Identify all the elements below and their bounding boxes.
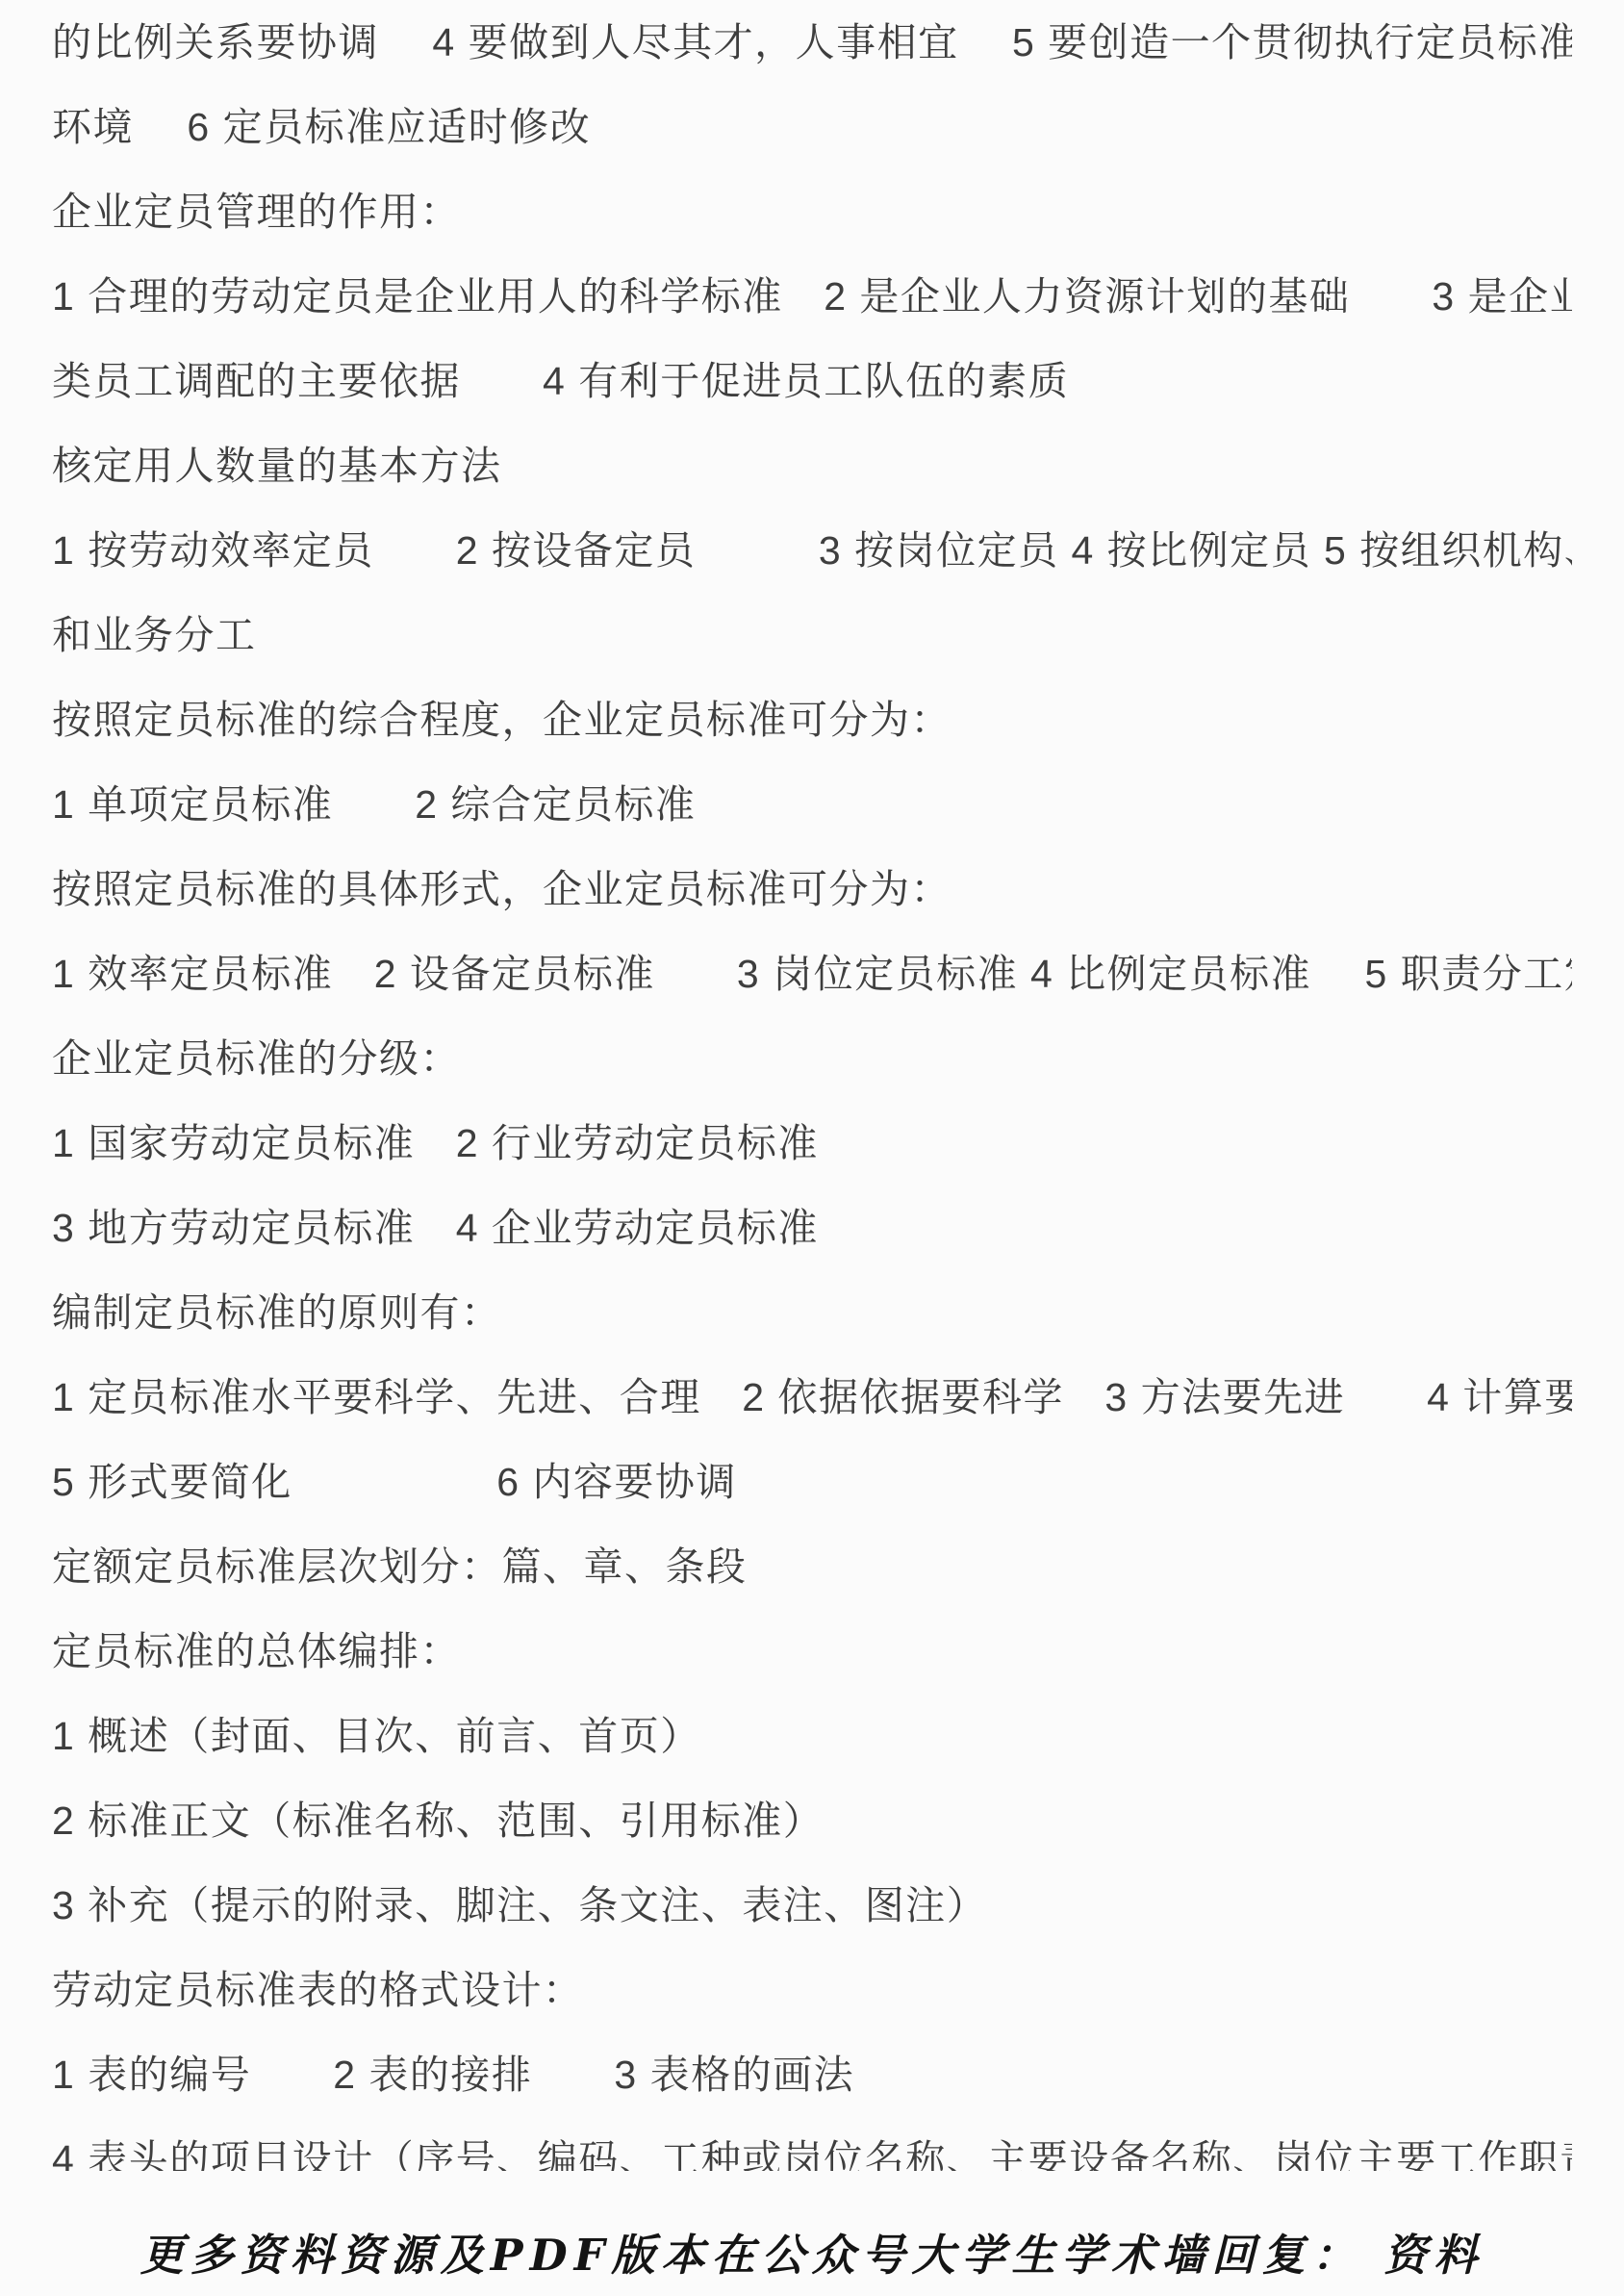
- text-line: 定额定员标准层次划分：篇、章、条段: [52, 1524, 1572, 1609]
- text-line: 1 定员标准水平要科学、先进、合理 2 依据依据要科学 3 方法要先进 4 计算…: [52, 1355, 1572, 1440]
- text-line: 定员标准的总体编排：: [52, 1609, 1572, 1694]
- text-line: 1 合理的劳动定员是企业用人的科学标准 2 是企业人力资源计划的基础 3 是企业…: [52, 254, 1572, 339]
- text-line: 1 国家劳动定员标准 2 行业劳动定员标准: [52, 1101, 1572, 1186]
- text-line: 1 单项定员标准 2 综合定员标准: [52, 762, 1572, 847]
- text-line: 按照定员标准的综合程度，企业定员标准可分为：: [52, 677, 1572, 762]
- text-line: 5 形式要简化 6 内容要协调: [52, 1440, 1572, 1524]
- text-line: 3 补充（提示的附录、脚注、条文注、表注、图注）: [52, 1863, 1572, 1948]
- text-line: 劳动定员标准表的格式设计：: [52, 1948, 1572, 2032]
- text-line: 2 标准正文（标准名称、范围、引用标准）: [52, 1778, 1572, 1863]
- text-line: 和业务分工: [52, 593, 1572, 677]
- document-body: 的比例关系要协调 4 要做到人尽其才，人事相宜 5 要创造一个贯彻执行定员标准的…: [0, 0, 1624, 2171]
- text-line: 1 按劳动效率定员 2 按设备定员 3 按岗位定员 4 按比例定员 5 按组织机…: [52, 508, 1572, 593]
- text-line: 按照定员标准的具体形式，企业定员标准可分为：: [52, 847, 1572, 931]
- text-line: 核定用人数量的基本方法: [52, 423, 1572, 508]
- document-page: 的比例关系要协调 4 要做到人尽其才，人事相宜 5 要创造一个贯彻执行定员标准的…: [0, 0, 1624, 2296]
- text-line: 编制定员标准的原则有：: [52, 1270, 1572, 1355]
- text-line: 的比例关系要协调 4 要做到人尽其才，人事相宜 5 要创造一个贯彻执行定员标准的…: [52, 0, 1572, 85]
- text-line: 1 概述（封面、目次、前言、首页）: [52, 1694, 1572, 1778]
- text-line: 环境 6 定员标准应适时修改: [52, 85, 1572, 169]
- text-line: 企业定员管理的作用：: [52, 169, 1572, 254]
- text-line: 1 效率定员标准 2 设备定员标准 3 岗位定员标准 4 比例定员标准 5 职责…: [52, 931, 1572, 1016]
- text-line: 类员工调配的主要依据 4 有利于促进员工队伍的素质: [52, 339, 1572, 423]
- text-line-clipped: 4 表头的项目设计（序号、编码、工种或岗位名称、主要设备名称、岗位主要工作职责要…: [52, 2117, 1572, 2171]
- text-line: 企业定员标准的分级：: [52, 1016, 1572, 1101]
- footer-watermark: 更多资料资源及PDF版本在公众号大学生学术墙回复： 资料: [0, 2221, 1624, 2290]
- text-line: 3 地方劳动定员标准 4 企业劳动定员标准: [52, 1186, 1572, 1270]
- text-line: 1 表的编号 2 表的接排 3 表格的画法: [52, 2032, 1572, 2117]
